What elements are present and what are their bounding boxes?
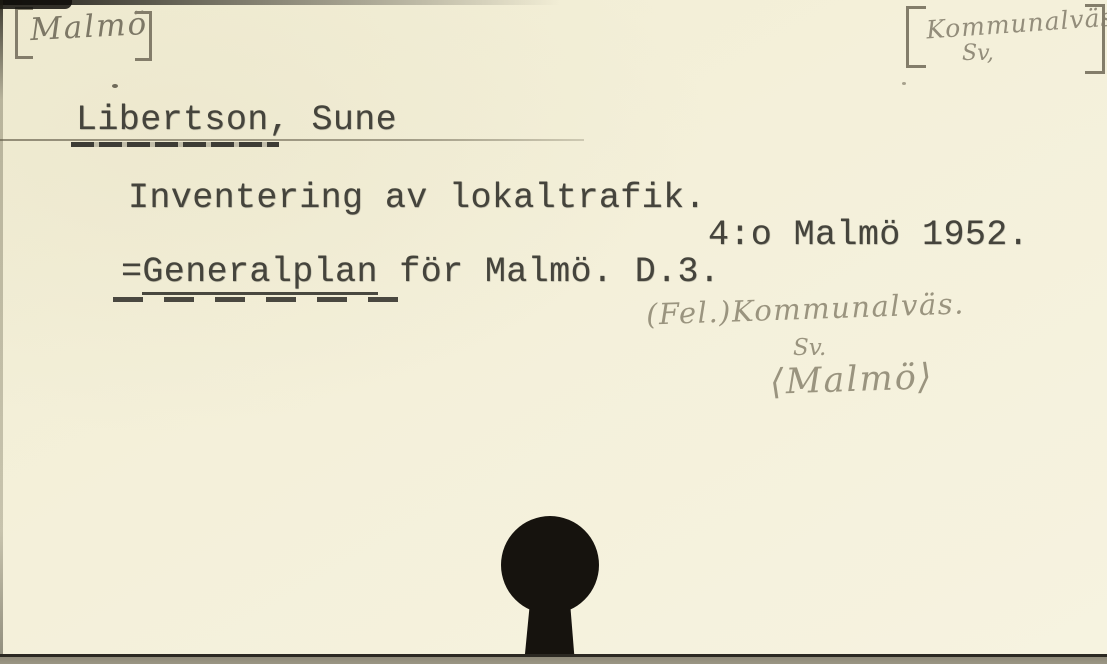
bracket-open-icon <box>906 6 926 68</box>
pencil-note-place: ⟨Malmö⟩ <box>769 357 934 403</box>
series-rest: för Malmö. D.3. <box>378 252 720 292</box>
edition-line: 4:o Malmö 1952. <box>708 217 1029 253</box>
catalog-card: Malmö Kommunalväs Sv, Libertson, Sune In… <box>0 0 1107 664</box>
author-underline <box>71 142 279 147</box>
pencil-note-abbr: Sv. <box>793 335 826 361</box>
bracket-close-icon <box>135 11 152 61</box>
scan-speck <box>112 84 118 88</box>
series-line: =Generalplan för Malmö. D.3. <box>121 254 720 290</box>
series-title: Generalplan <box>142 252 377 295</box>
scan-edge-top-corner <box>0 0 72 9</box>
corner-annotation-left: Malmö <box>29 6 149 48</box>
corner-annotation-right-abbr: Sv, <box>962 41 994 66</box>
title-line: Inventering av lokaltrafik. <box>128 180 706 216</box>
author-heading: Libertson, Sune <box>76 102 397 138</box>
scan-speck <box>902 82 906 85</box>
punch-hole-icon <box>488 512 612 664</box>
series-prefix: = <box>121 252 142 292</box>
bracket-close-icon <box>1085 4 1105 74</box>
series-dashed-underline <box>113 297 398 302</box>
corner-annotation-right-subject: Kommunalväs <box>925 2 1107 44</box>
scan-edge-left <box>0 0 3 664</box>
scan-edge-bottom <box>0 657 1107 664</box>
scan-edge-top <box>0 0 560 5</box>
pencil-note-subject: (Fel.)Kommunalväs. <box>646 286 966 331</box>
